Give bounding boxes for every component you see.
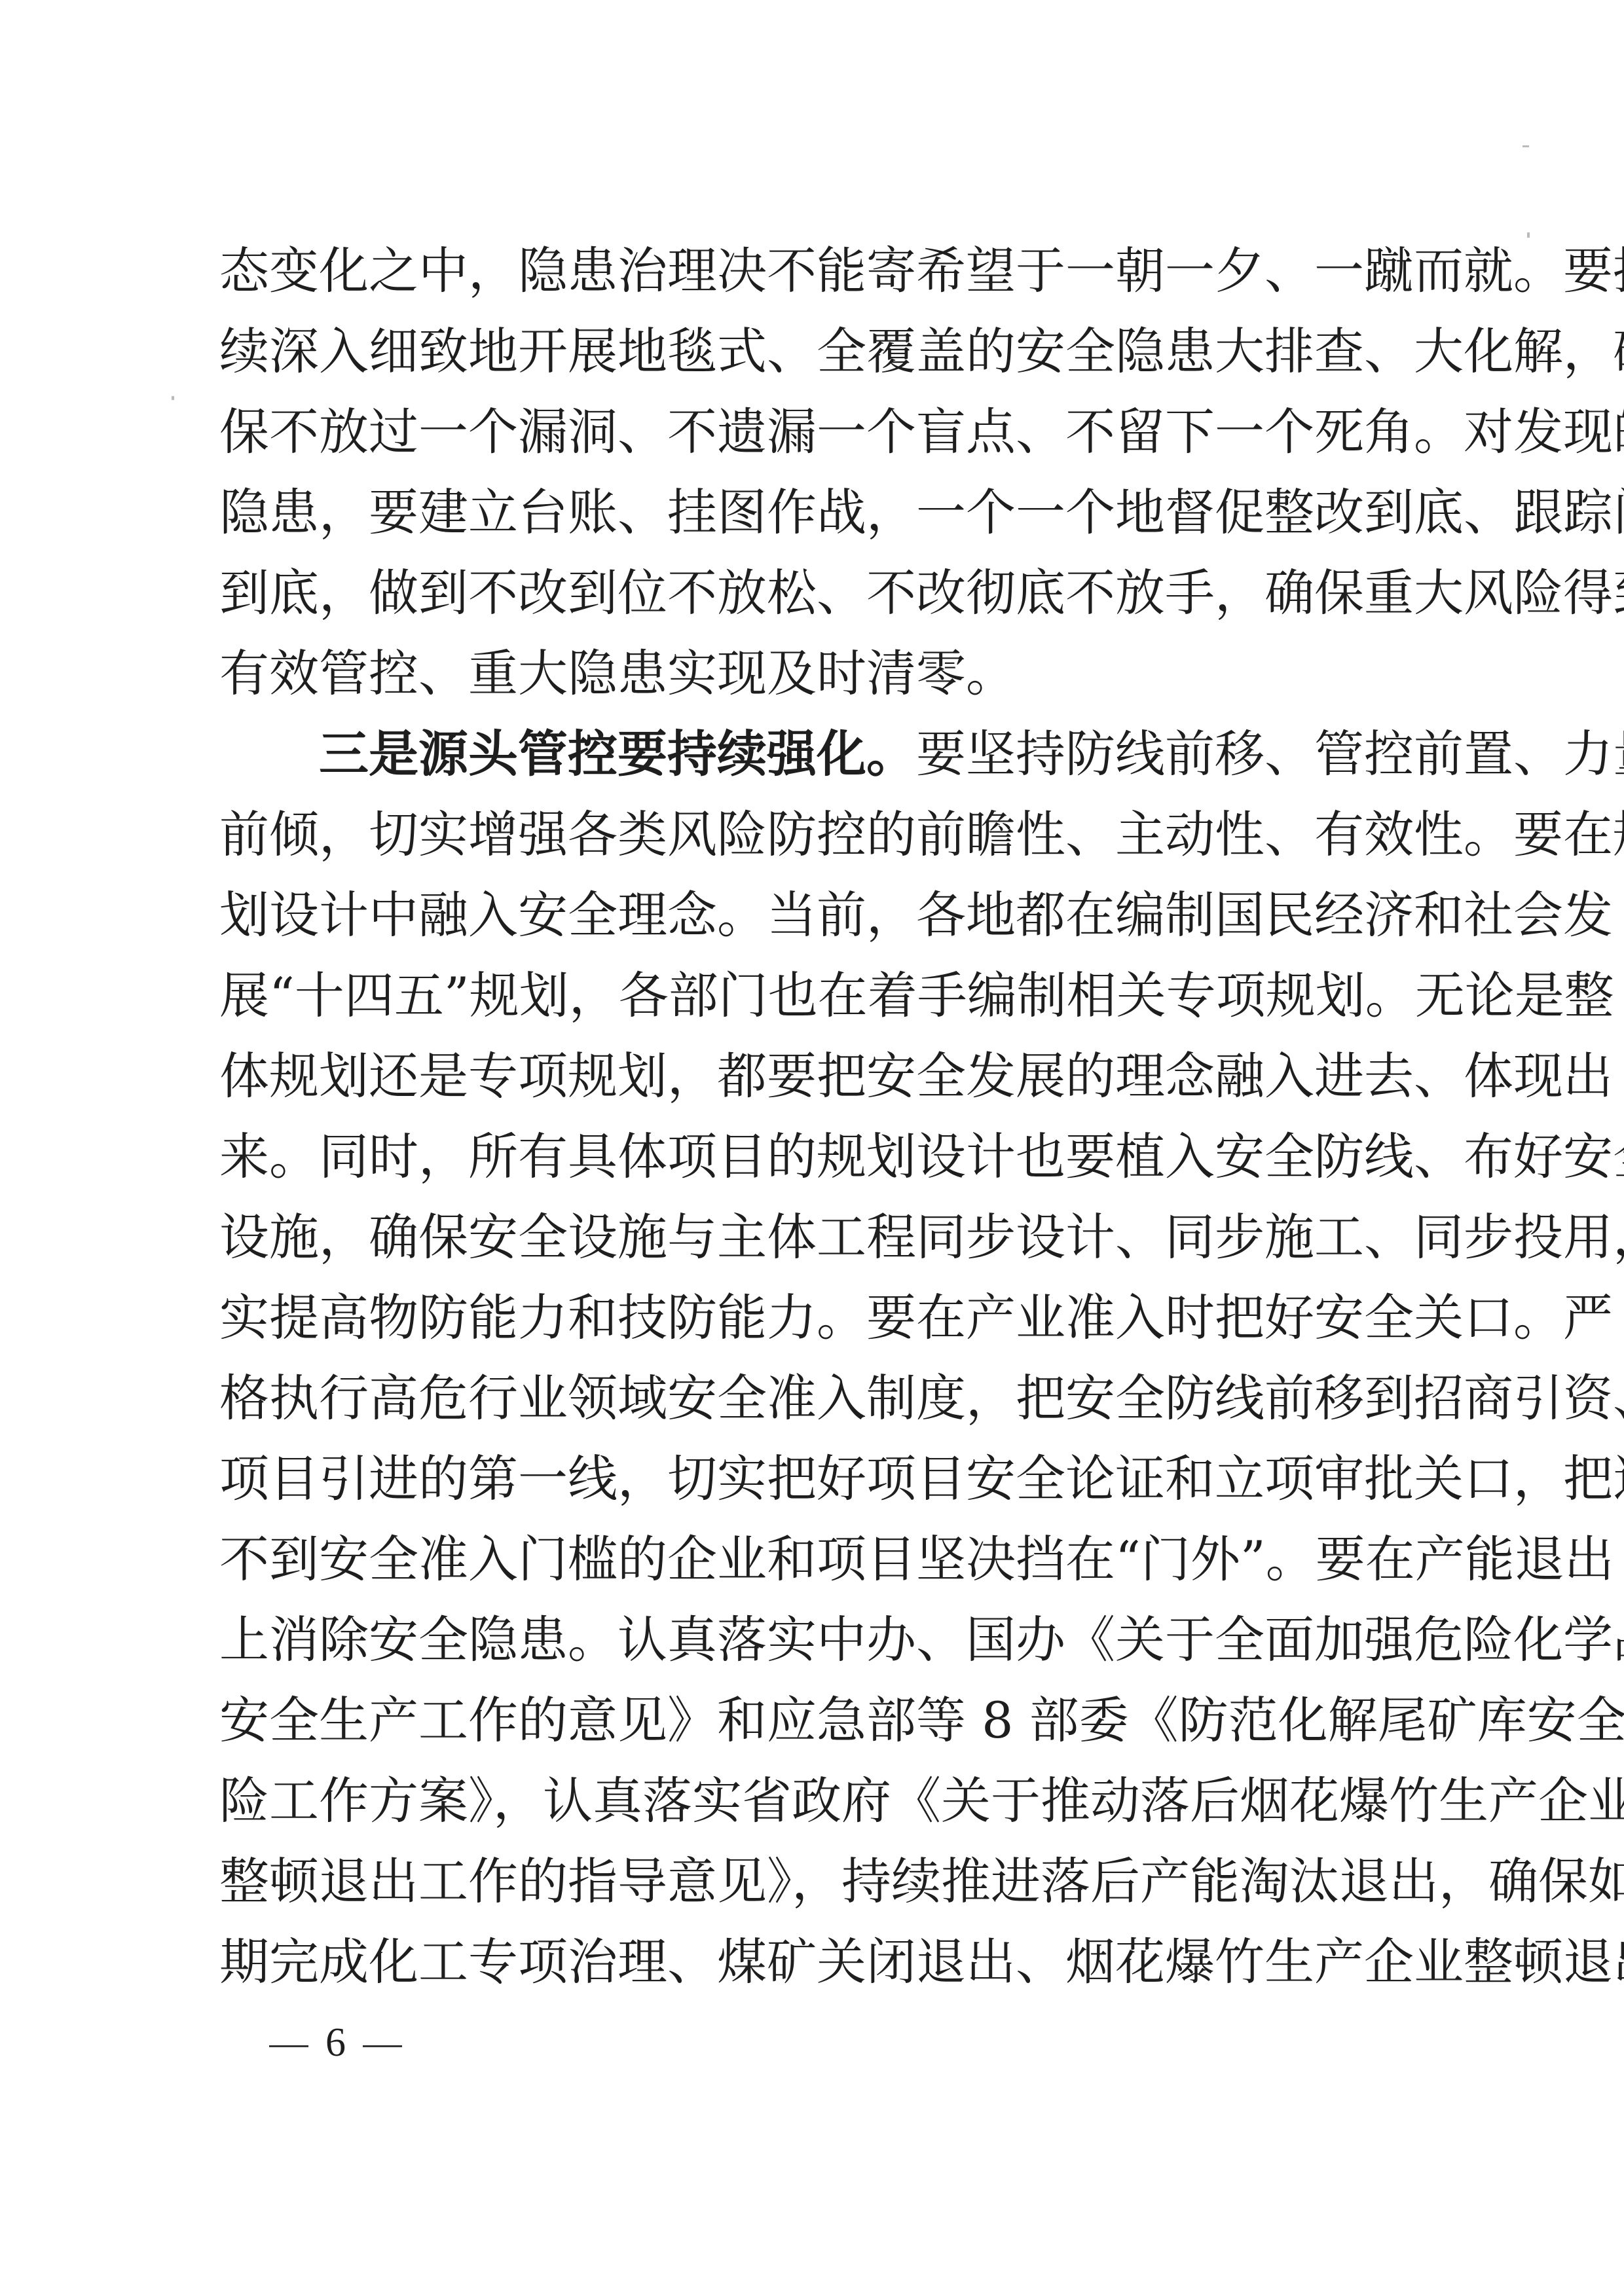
- text-line: 来。同时，所有具体项目的规划设计也要植入安全防线、布好安全: [219, 1116, 1418, 1197]
- text-line: 险工作方案》，认真落实省政府《关于推动落后烟花爆竹生产企业: [219, 1760, 1418, 1841]
- text-line: 安全生产工作的意见》和应急部等 8 部委《防范化解尾矿库安全风: [219, 1680, 1418, 1760]
- text-line: 整顿退出工作的指导意见》，持续推进落后产能淘汰退出，确保如: [219, 1841, 1418, 1922]
- text-line: 展“十四五”规划，各部门也在着手编制相关专项规划。无论是整: [219, 955, 1418, 1036]
- section-lead-heading: 三是源头管控要持续强化。: [319, 725, 916, 783]
- page-number-value: 6: [325, 2020, 346, 2065]
- page-number-dash-left: [269, 2045, 308, 2047]
- text-line: 有效管控、重大隐患实现及时清零。: [219, 633, 1418, 714]
- text-line: 项目引进的第一线，切实把好项目安全论证和立项审批关口，把达: [219, 1438, 1418, 1519]
- text-line: 期完成化工专项治理、煤矿关闭退出、烟花爆竹生产企业整顿退出: [219, 1922, 1418, 2002]
- scan-speck: [172, 396, 174, 400]
- scan-speck: [1522, 145, 1529, 147]
- paragraph-point-three: 三是源头管控要持续强化。要坚持防线前移、管控前置、力量 前倾，切实增强各类风险防…: [219, 714, 1418, 2002]
- text-line: 划设计中融入安全理念。当前，各地都在编制国民经济和社会发: [219, 875, 1418, 955]
- text-line: 上消除安全隐患。认真落实中办、国办《关于全面加强危险化学品: [219, 1599, 1418, 1680]
- text-line-first: 三是源头管控要持续强化。要坚持防线前移、管控前置、力量: [219, 714, 1418, 794]
- text-line: 设施，确保安全设施与主体工程同步设计、同步施工、同步投用，切: [219, 1197, 1418, 1277]
- scan-speck: [1527, 232, 1530, 238]
- text-line: 续深入细致地开展地毯式、全覆盖的安全隐患大排查、大化解，确: [219, 311, 1418, 392]
- document-body: 态变化之中，隐患治理决不能寄希望于一朝一夕、一蹴而就。要持 续深入细致地开展地毯…: [219, 230, 1418, 2002]
- text-run: 要坚持防线前移、管控前置、力量: [916, 725, 1624, 783]
- text-line: 实提高物防能力和技防能力。要在产业准入时把好安全关口。严: [219, 1277, 1418, 1358]
- page-number: 6: [252, 2016, 419, 2069]
- text-line: 隐患，要建立台账、挂图作战，一个一个地督促整改到底、跟踪问效: [219, 472, 1418, 553]
- text-line: 前倾，切实增强各类风险防控的前瞻性、主动性、有效性。要在规: [219, 794, 1418, 875]
- text-line: 到底，做到不改到位不放松、不改彻底不放手，确保重大风险得到: [219, 553, 1418, 633]
- text-line: 格执行高危行业领域安全准入制度，把安全防线前移到招商引资、: [219, 1358, 1418, 1438]
- text-line: 保不放过一个漏洞、不遗漏一个盲点、不留下一个死角。对发现的: [219, 392, 1418, 472]
- text-line: 不到安全准入门槛的企业和项目坚决挡在“门外”。要在产能退出: [219, 1519, 1418, 1599]
- text-line: 体规划还是专项规划，都要把安全发展的理念融入进去、体现出: [219, 1036, 1418, 1116]
- text-line: 态变化之中，隐患治理决不能寄希望于一朝一夕、一蹴而就。要持: [219, 230, 1418, 311]
- page-number-dash-right: [363, 2045, 402, 2047]
- paragraph-continuation: 态变化之中，隐患治理决不能寄希望于一朝一夕、一蹴而就。要持 续深入细致地开展地毯…: [219, 230, 1418, 714]
